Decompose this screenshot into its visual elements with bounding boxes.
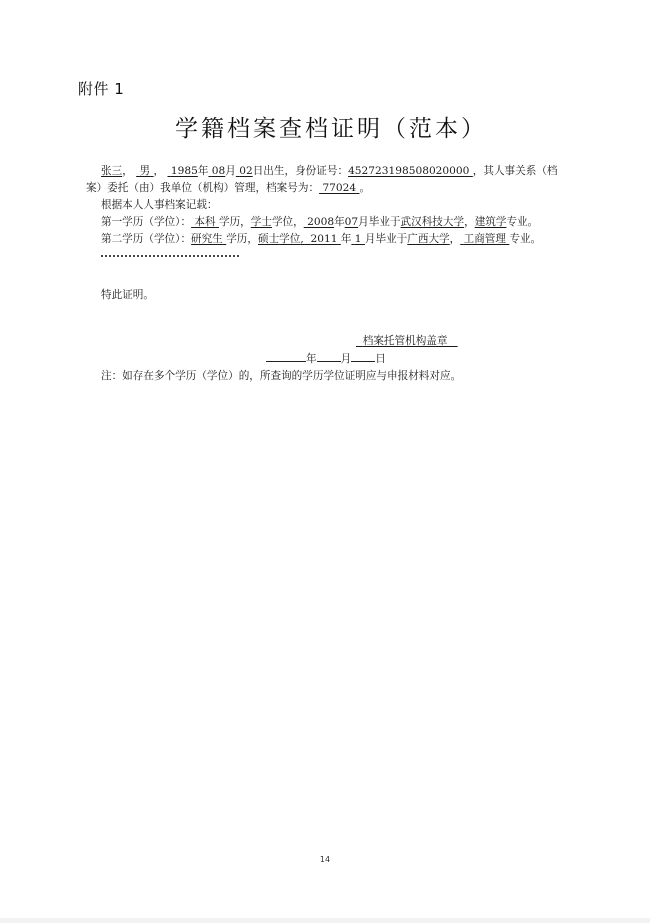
year-char: 年 (341, 233, 352, 245)
education-row-2: 第二学历（学位）：研究生 学历，硕士学位, 2011 年 1 月毕业于广西大学，… (101, 231, 541, 248)
page-bottom-edge (0, 918, 650, 923)
period: 。 (360, 182, 371, 194)
academic-suffix: 学位, 2011 (279, 233, 341, 245)
separator: ， (450, 233, 461, 245)
degree-suffix: 学历， (219, 216, 251, 228)
date-line: 年月日 (266, 350, 386, 368)
seal-label: 档案托管机构盖章 (356, 333, 458, 350)
major: 建筑学 (475, 216, 507, 228)
degree-level: 研究生 (191, 233, 226, 245)
major-suffix: 专业。 (509, 233, 541, 245)
major: 工商管理 (460, 233, 509, 245)
footnote: 注：如存在多个学历（学位）的，所查询的学历学位证明应与申报材料对应。 (101, 368, 461, 385)
major-suffix: 专业。 (506, 216, 538, 228)
grad-month: 1 (351, 233, 365, 245)
relation-text: ，其人事关系（档 (473, 165, 558, 177)
document-page: 附件 1 学籍档案查档证明（范本） 张三， 男 ， 1985年 08月 02日出… (0, 0, 650, 918)
day-char: 日 (375, 353, 386, 365)
ellipsis-dots (101, 255, 239, 257)
records-intro: 根据本人人事档案记载： (101, 197, 218, 214)
closing-statement: 特此证明。 (101, 287, 154, 304)
education-label: 第二学历（学位）： (101, 233, 191, 245)
month-char: 月 (341, 353, 352, 365)
education-row-1: 第一学历（学位）： 本科 学历，学士学位， 2008年07月毕业于武汉科技大学，… (101, 214, 538, 231)
degree-level: 本科 (191, 216, 219, 228)
grad-month: 07 (345, 216, 358, 228)
person-name: 张三 (101, 165, 122, 177)
year-char: 年 (198, 165, 209, 177)
birth-month: 08 (208, 165, 225, 177)
attachment-label: 附件 1 (78, 78, 124, 99)
birth-suffix: 日出生，身份证号： (253, 165, 348, 177)
month-char: 月 (225, 165, 236, 177)
grad-year: 2008 (304, 216, 334, 228)
year-char: 年 (334, 216, 345, 228)
month-suffix: 月毕业于 (365, 233, 407, 245)
day-blank (351, 350, 375, 362)
year-blank (266, 350, 306, 362)
file-number: 77024 (319, 182, 359, 194)
separator: ， (154, 165, 165, 177)
personal-info-line-1: 张三， 男 ， 1985年 08月 02日出生，身份证号：45272319850… (101, 163, 558, 180)
school-name: 广西大学 (407, 233, 449, 245)
id-number: 452723198508020000 (348, 165, 473, 177)
personal-info-line-2: 案）委托（由）我单位（机构）管理，档案号为： 77024 。 (86, 180, 370, 197)
document-title: 学籍档案查档证明（范本） (0, 110, 650, 143)
degree-suffix: 学历， (226, 233, 258, 245)
year-char: 年 (306, 353, 317, 365)
month-blank (317, 350, 341, 362)
academic-suffix: 学位， (272, 216, 304, 228)
person-gender: 男 (136, 165, 153, 177)
school-name: 武汉科技大学 (401, 216, 465, 228)
file-number-label: 案）委托（由）我单位（机构）管理，档案号为： (86, 182, 319, 194)
page-number: 14 (0, 855, 650, 864)
separator: ， (122, 165, 133, 177)
education-label: 第一学历（学位）： (101, 216, 191, 228)
birth-year: 1985 (167, 165, 197, 177)
month-suffix: 月毕业于 (358, 216, 400, 228)
birth-day: 02 (236, 165, 253, 177)
academic-degree: 硕士 (258, 233, 279, 245)
separator: ， (464, 216, 475, 228)
academic-degree: 学士 (251, 216, 272, 228)
